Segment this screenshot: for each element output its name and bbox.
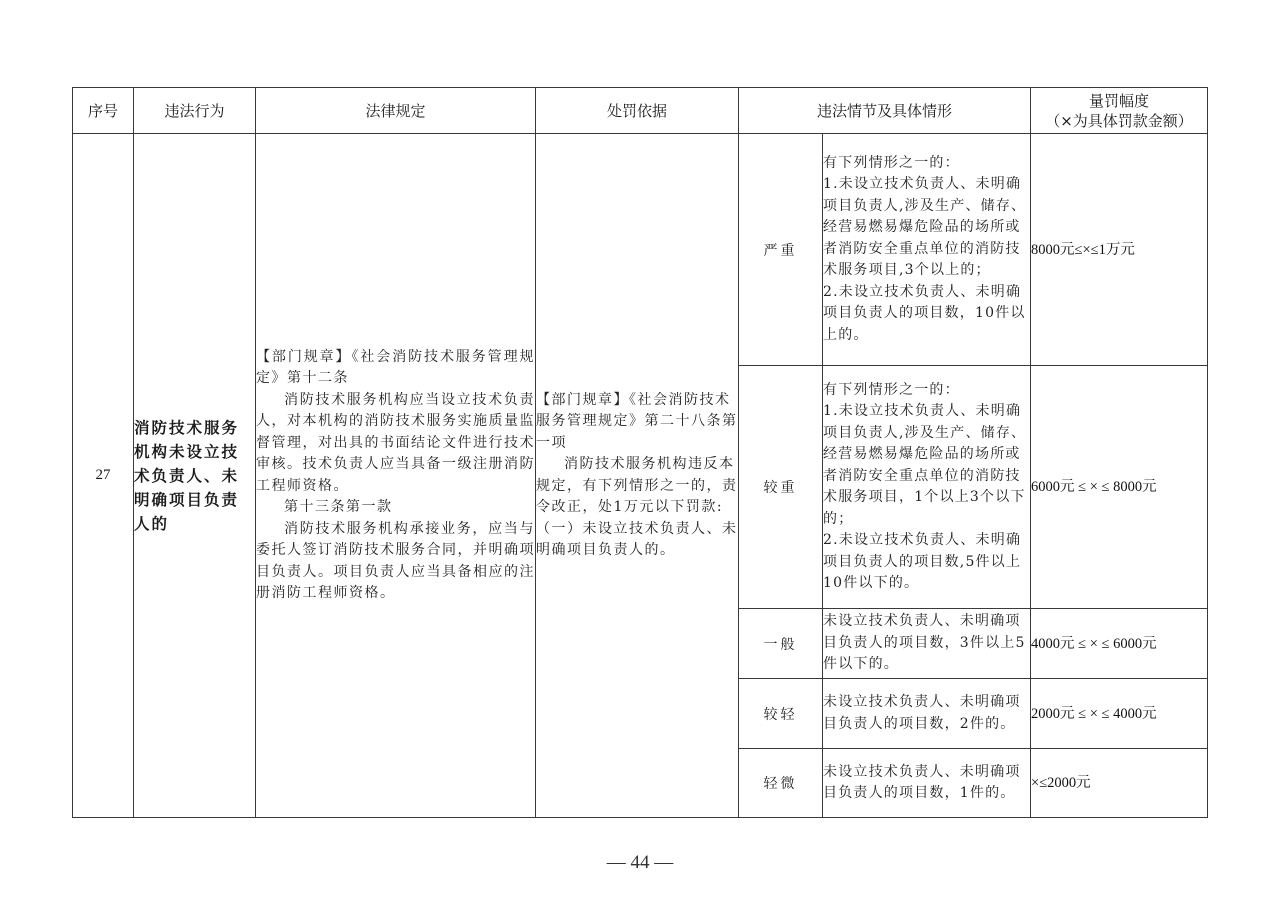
fine-general: 4000元 ≤ × ≤ 6000元 [1031, 609, 1208, 679]
violation-act: 消防技术服务机构未设立技术负责人、未明确项目负责人的 [134, 134, 256, 818]
detail-slight: 未设立技术负责人、未明确项目负责人的项目数，1件的。 [823, 749, 1031, 818]
detail-minor: 未设立技术负责人、未明确项目负责人的项目数，2件的。 [823, 679, 1031, 749]
header-no: 序号 [73, 88, 134, 134]
law-title-2: 第十三条第一款 [256, 497, 535, 519]
fine-severe: 8000元≤×≤1万元 [1031, 134, 1208, 366]
penalty-table: 序号 违法行为 法律规定 处罚依据 违法情节及具体情形 量罚幅度 （×为具体罚款… [72, 87, 1208, 818]
level-general: 一般 [739, 609, 823, 679]
detail-serious: 有下列情形之一的： 1.未设立技术负责人、未明确项目负责人,涉及生产、储存、经营… [823, 366, 1031, 609]
level-severe: 严重 [739, 134, 823, 366]
law-paragraph-1: 消防技术服务机构应当设立技术负责人，对本机构的消防技术服务实施质量监督管理，对出… [256, 390, 535, 498]
table-row: 27 消防技术服务机构未设立技术负责人、未明确项目负责人的 【部门规章】《社会消… [73, 134, 1208, 366]
legal-provision: 【部门规章】《社会消防技术服务管理规定》第十二条 消防技术服务机构应当设立技术负… [256, 134, 536, 818]
level-minor: 较轻 [739, 679, 823, 749]
law-paragraph-2: 消防技术服务机构承接业务，应当与委托人签订消防技术服务合同，并明确项目负责人。项… [256, 519, 535, 605]
header-fine-note: （×为具体罚款金额） [1031, 111, 1207, 131]
table-header-row: 序号 违法行为 法律规定 处罚依据 违法情节及具体情形 量罚幅度 （×为具体罚款… [73, 88, 1208, 134]
fine-serious: 6000元 ≤ × ≤ 8000元 [1031, 366, 1208, 609]
header-fine-title: 量罚幅度 [1031, 91, 1207, 111]
basis-title: 【部门规章】《社会消防技术服务管理规定》第二十八条第一项 [536, 390, 738, 455]
detail-general: 未设立技术负责人、未明确项目负责人的项目数，3件以上5件以下的。 [823, 609, 1031, 679]
header-fine: 量罚幅度 （×为具体罚款金额） [1031, 88, 1208, 134]
header-act: 违法行为 [134, 88, 256, 134]
header-law: 法律规定 [256, 88, 536, 134]
level-slight: 轻微 [739, 749, 823, 818]
page-number: — 44 — [0, 852, 1280, 874]
law-title-1: 【部门规章】《社会消防技术服务管理规定》第十二条 [256, 347, 535, 390]
level-serious: 较重 [739, 366, 823, 609]
penalty-basis: 【部门规章】《社会消防技术服务管理规定》第二十八条第一项 消防技术服务机构违反本… [536, 134, 739, 818]
header-circumstance: 违法情节及具体情形 [739, 88, 1031, 134]
row-number: 27 [73, 134, 134, 818]
header-basis: 处罚依据 [536, 88, 739, 134]
detail-severe: 有下列情形之一的： 1.未设立技术负责人、未明确项目负责人,涉及生产、储存、经营… [823, 134, 1031, 366]
fine-slight: ×≤2000元 [1031, 749, 1208, 818]
basis-paragraph: 消防技术服务机构违反本规定，有下列情形之一的，责令改正，处1万元以下罚款:（一）… [536, 454, 738, 562]
fine-minor: 2000元 ≤ × ≤ 4000元 [1031, 679, 1208, 749]
